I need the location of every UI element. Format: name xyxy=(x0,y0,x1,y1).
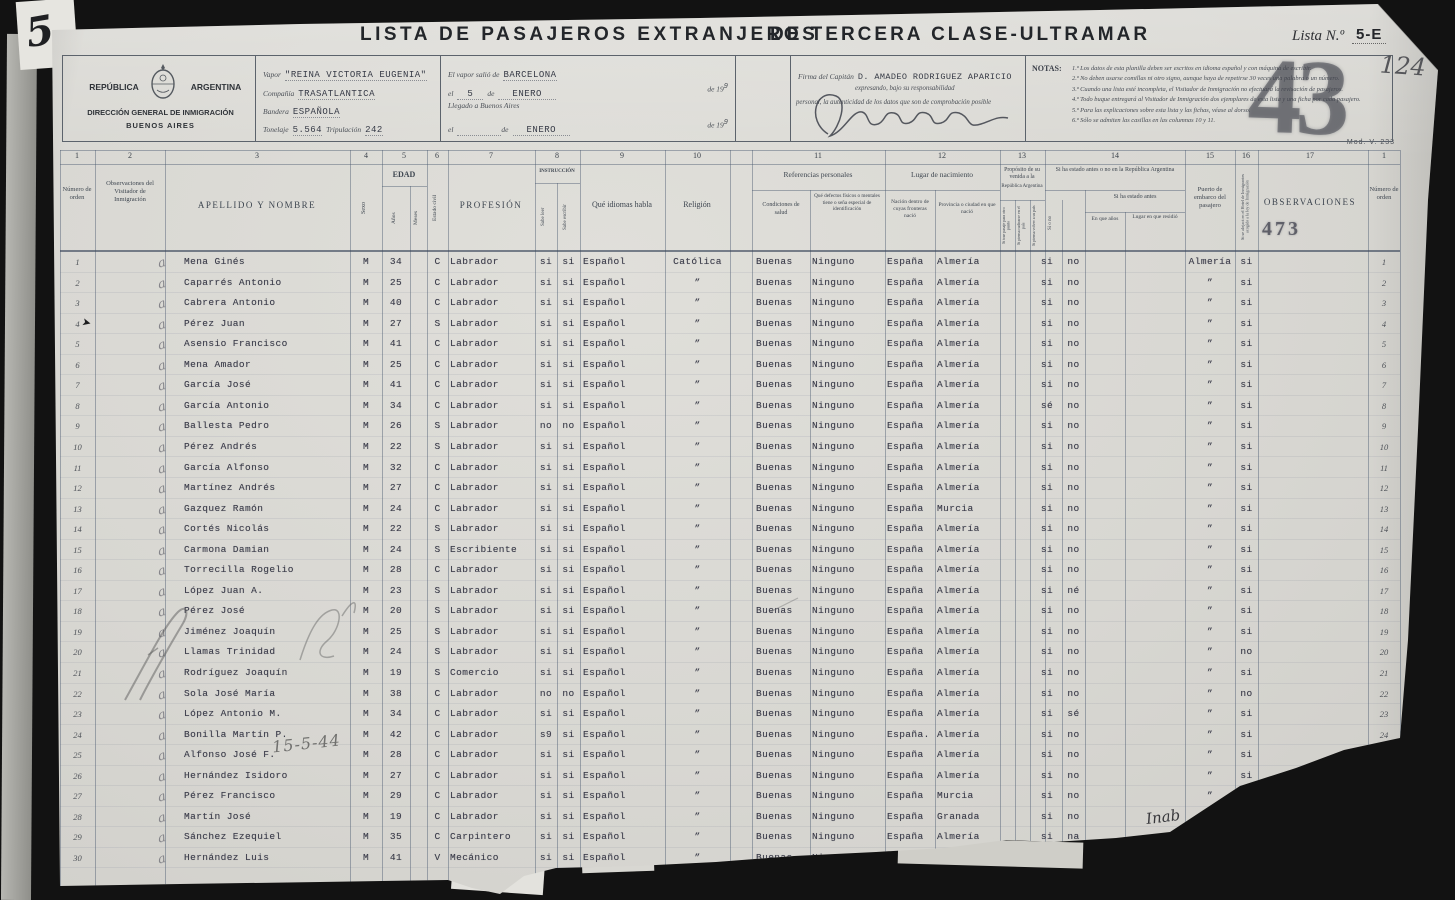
column-number: 3 xyxy=(255,151,259,160)
cell-nac: España xyxy=(887,766,935,787)
cell-leer: si xyxy=(535,375,557,396)
cell-venida: si xyxy=(1032,293,1062,314)
grid-line xyxy=(1085,212,1185,213)
cell-prov: Almería xyxy=(937,252,999,273)
cell-nac: España xyxy=(887,704,935,725)
cell-hotel: si xyxy=(1235,293,1258,314)
dia2-value xyxy=(457,125,501,136)
cell-venida: si xyxy=(1032,663,1062,684)
cell-hotel: si xyxy=(1235,519,1258,540)
cell-name: Hernández Isidoro xyxy=(184,766,349,787)
header-c1: Número de orden xyxy=(60,186,94,202)
cell-salud: Buenas xyxy=(756,766,810,787)
nota-item: 5.ª Para las explicaciones sobre esta li… xyxy=(1072,106,1392,116)
cell-n2: 8 xyxy=(1368,396,1400,417)
cell-venida: si xyxy=(1032,560,1062,581)
cell-puerto: ” xyxy=(1185,745,1235,766)
cell-age: 35 xyxy=(382,827,410,848)
header-c11_group: Referencias personales xyxy=(753,170,883,179)
cell-n2: 12 xyxy=(1368,478,1400,499)
cell-civil: S xyxy=(427,540,448,561)
cell-rel: ” xyxy=(665,642,730,663)
cell-hotel: si xyxy=(1235,848,1258,869)
cell-prof: Labrador xyxy=(450,416,535,437)
cell-nac: España xyxy=(887,560,935,581)
cell-civil: C xyxy=(427,766,448,787)
cell-prof: Labrador xyxy=(450,252,535,273)
cell-esc: si xyxy=(557,540,580,561)
cell-estado: no xyxy=(1062,396,1085,417)
cell-nac: España xyxy=(887,827,935,848)
cell-esc: si xyxy=(557,725,580,746)
cell-rel: ” xyxy=(665,848,730,869)
header-c8b: Sabe escribir xyxy=(563,188,569,246)
header-c6: Estado civil xyxy=(432,170,438,246)
box-divider xyxy=(735,55,736,142)
cell-prof: Labrador xyxy=(450,478,535,499)
cell-def: Ninguno xyxy=(812,601,882,622)
cell-name: Llamas Trinidad xyxy=(184,642,349,663)
cell-leer: si xyxy=(535,396,557,417)
cell-def: Ninguno xyxy=(812,766,882,787)
cell-n2: 19 xyxy=(1368,622,1400,643)
cell-esc: si xyxy=(557,458,580,479)
cell-idioma: Español xyxy=(583,684,663,705)
cell-prov: Almería xyxy=(937,334,999,355)
table-row: 18aPérez JoséM20SLabradorsisiEspañol”Bue… xyxy=(0,601,1455,622)
cell-n: 22 xyxy=(60,684,95,705)
grid-line xyxy=(1000,200,1045,201)
anio-label: de 199 xyxy=(707,83,728,94)
cell-n2: 5 xyxy=(1368,334,1400,355)
cell-estado: no xyxy=(1062,663,1085,684)
cell-puerto: ” xyxy=(1185,334,1235,355)
cell-esc: si xyxy=(557,622,580,643)
cell-hotel: si xyxy=(1235,499,1258,520)
column-number: 11 xyxy=(814,151,822,160)
grid-line xyxy=(752,190,1000,191)
cell-estado: no xyxy=(1062,684,1085,705)
header-c8_group: INSTRUCCIÓN xyxy=(535,169,579,175)
cell-puerto: ” xyxy=(1185,827,1235,848)
cell-age: 25 xyxy=(382,273,410,294)
cell-n2: 18 xyxy=(1368,601,1400,622)
cell-sex: M xyxy=(350,848,382,869)
cell-nac: España xyxy=(887,540,935,561)
cell-sex: M xyxy=(350,786,382,807)
column-number: 16 xyxy=(1242,151,1250,160)
cell-name: Martínez Andrés xyxy=(184,478,349,499)
cell-esc: si xyxy=(557,293,580,314)
cell-idioma: Español xyxy=(583,663,663,684)
cell-n: 15 xyxy=(60,540,95,561)
tonelaje-value: 5.564 xyxy=(293,125,323,136)
cell-venida: si xyxy=(1032,601,1062,622)
cell-age: 26 xyxy=(382,416,410,437)
cell-sex: M xyxy=(350,437,382,458)
grid-line xyxy=(60,164,1400,165)
cell-venida: si xyxy=(1032,704,1062,725)
cell-rel: ” xyxy=(665,416,730,437)
cell-sex: M xyxy=(350,252,382,273)
cell-leer: si xyxy=(535,848,557,869)
cell-leer: si xyxy=(535,499,557,520)
cell-def: Ninguno xyxy=(812,581,882,602)
cell-puerto: ” xyxy=(1185,416,1235,437)
cell-idioma: Español xyxy=(583,314,663,335)
cell-esc: no xyxy=(557,416,580,437)
dia-value: 5 xyxy=(457,89,483,100)
cell-prov: Almería xyxy=(937,725,999,746)
cell-salud: Buenas xyxy=(756,252,810,273)
cell-def: Ninguno xyxy=(812,848,882,869)
cell-sex: M xyxy=(350,684,382,705)
cell-n2: 4 xyxy=(1368,314,1400,335)
cell-n: 19 xyxy=(60,622,95,643)
cell-n2: 29 xyxy=(1368,827,1400,848)
cell-idioma: Español xyxy=(583,252,663,273)
cell-prov: Almería xyxy=(937,581,999,602)
table-row: 26aHernández IsidoroM27CLabradorsisiEspa… xyxy=(0,766,1455,787)
cell-def: Ninguno xyxy=(812,334,882,355)
cell-n: 27 xyxy=(60,786,95,807)
cell-estado: no xyxy=(1062,560,1085,581)
cell-venida: si xyxy=(1032,725,1062,746)
cell-venida: si xyxy=(1032,581,1062,602)
cell-n: 28 xyxy=(60,807,95,828)
cell-estado: no xyxy=(1062,478,1085,499)
cell-n2: 6 xyxy=(1368,355,1400,376)
table-row: 20aLlamas TrinidadM24SLabradorsisiEspaño… xyxy=(0,642,1455,663)
cell-age: 41 xyxy=(382,848,410,869)
cell-n: 23 xyxy=(60,704,95,725)
cell-def: Ninguno xyxy=(812,622,882,643)
cell-rel: ” xyxy=(665,601,730,622)
cell-rel: ” xyxy=(665,725,730,746)
cell-name: López Juan A. xyxy=(184,581,349,602)
table-row: 22aSola José MaríaM38CLabradornonoEspaño… xyxy=(0,684,1455,705)
cell-puerto: ” xyxy=(1185,396,1235,417)
cell-prov: Murcia xyxy=(937,499,999,520)
grid-line xyxy=(382,186,427,187)
cell-name: Asensio Francisco xyxy=(184,334,349,355)
header-c11a: Condiciones de salud xyxy=(756,202,806,217)
cell-civil: C xyxy=(427,293,448,314)
cell-venida: si xyxy=(1032,252,1062,273)
cell-estado: no xyxy=(1062,622,1085,643)
cell-idioma: Español xyxy=(583,437,663,458)
header-c4: Sexo xyxy=(361,170,368,246)
cell-idioma: Español xyxy=(583,519,663,540)
cell-idioma: Español xyxy=(583,416,663,437)
cell-puerto: ” xyxy=(1185,786,1235,807)
cell-prov: Almería xyxy=(937,540,999,561)
cell-estado: no xyxy=(1062,642,1085,663)
cell-venida: si xyxy=(1032,458,1062,479)
cell-name: Hernández Luis xyxy=(184,848,349,869)
cell-hotel: né xyxy=(1235,807,1258,828)
cell-salud: Buenas xyxy=(756,314,810,335)
cell-prov: Almería xyxy=(937,642,999,663)
column-number: 8 xyxy=(555,151,559,160)
cell-civil: S xyxy=(427,642,448,663)
cell-def: Ninguno xyxy=(812,663,882,684)
cell-rel: ” xyxy=(665,314,730,335)
cell-sex: M xyxy=(350,273,382,294)
cell-age: 19 xyxy=(382,807,410,828)
cell-n: 14 xyxy=(60,519,95,540)
cell-idioma: Español xyxy=(583,478,663,499)
el-label: el xyxy=(448,89,453,98)
column-number: 6 xyxy=(435,151,439,160)
cell-leer: si xyxy=(535,437,557,458)
header-c2: Observaciones del Visitador de Inmigraci… xyxy=(99,180,161,204)
cell-esc: si xyxy=(557,581,580,602)
tripulacion-value: 242 xyxy=(365,125,383,136)
cell-age: 27 xyxy=(382,314,410,335)
cell-idioma: Español xyxy=(583,581,663,602)
cell-prov: Almería xyxy=(937,622,999,643)
observaciones-stamp: 473 xyxy=(1262,218,1301,241)
cell-esc: si xyxy=(557,642,580,663)
cell-prof: Labrador xyxy=(450,601,535,622)
table-row: 16aTorrecilla RogelioM28CLabradorsisiEsp… xyxy=(0,560,1455,581)
cell-name: Pérez Juan xyxy=(184,314,349,335)
ship-vapor-row: Vapor "REINA VICTORIA EUGENIA" xyxy=(263,64,427,82)
header-c13a: Si trae pasaje para otro punto xyxy=(1002,203,1011,248)
table-row: 21aRodríguez JoaquínM19SComerciosisiEspa… xyxy=(0,663,1455,684)
vapor-label: Vapor xyxy=(263,70,281,79)
cell-leer: no xyxy=(535,684,557,705)
cell-sex: M xyxy=(350,766,382,787)
bandera-value: ESPAÑOLA xyxy=(293,107,340,118)
cell-def: Ninguno xyxy=(812,478,882,499)
cell-estado: no xyxy=(1062,314,1085,335)
cell-prof: Escribiente xyxy=(450,540,535,561)
cell-nac: España xyxy=(887,293,935,314)
cell-n: 20 xyxy=(60,642,95,663)
cell-hotel: si xyxy=(1235,458,1258,479)
cell-nac: España xyxy=(887,745,935,766)
cell-def: Ninguno xyxy=(812,437,882,458)
cell-hotel: si xyxy=(1235,601,1258,622)
cell-n2: 3 xyxy=(1368,293,1400,314)
cell-puerto: ” xyxy=(1185,293,1235,314)
cell-nac: España xyxy=(887,314,935,335)
cell-rel: ” xyxy=(665,684,730,705)
cell-def: Ninguno xyxy=(812,540,882,561)
cell-salud: Buenas xyxy=(756,807,810,828)
cell-idioma: Español xyxy=(583,766,663,787)
voyage-salida-row: El vapor salió de BARCELONA xyxy=(448,64,557,82)
column-number: 17 xyxy=(1306,151,1314,160)
cell-estado: no xyxy=(1062,601,1085,622)
table-row: 24aBonilla Martín P.M42CLabradors9siEspa… xyxy=(0,725,1455,746)
cell-age: 25 xyxy=(382,355,410,376)
column-number: 14 xyxy=(1111,151,1119,160)
tripulacion-label: Tripulación xyxy=(326,125,361,134)
cell-puerto: ” xyxy=(1185,622,1235,643)
cell-venida: si xyxy=(1032,355,1062,376)
cell-prov: Almería xyxy=(937,314,999,335)
cell-leer: si xyxy=(535,478,557,499)
cell-sex: M xyxy=(350,601,382,622)
cell-venida: si xyxy=(1032,478,1062,499)
cell-puerto: ” xyxy=(1185,355,1235,376)
cell-n: 2 xyxy=(60,273,95,294)
de-label: de xyxy=(487,89,494,98)
cell-n: 21 xyxy=(60,663,95,684)
cell-prof: Labrador xyxy=(450,704,535,725)
cell-salud: Buenas xyxy=(756,848,810,869)
cell-name: Sola José María xyxy=(184,684,349,705)
cell-n2: 30 xyxy=(1368,848,1400,869)
captain-name: D. AMADEO RODRIGUEZ APARICIO xyxy=(858,72,1012,82)
cell-puerto: ” xyxy=(1185,519,1235,540)
cell-idioma: Español xyxy=(583,458,663,479)
cell-rel: ” xyxy=(665,560,730,581)
ship-tonelaje-row: Tonelaje 5.564 Tripulación 242 xyxy=(263,119,383,137)
cell-venida: si xyxy=(1032,745,1062,766)
header-c12b: Provincia o ciudad en que nació xyxy=(938,202,996,216)
header-c14b: Si ha estado antes xyxy=(1085,194,1185,202)
cell-venida: si xyxy=(1032,437,1062,458)
cell-hotel: si xyxy=(1235,786,1258,807)
table-row: 27aPérez FranciscoM29CLabradorsisiEspaño… xyxy=(0,786,1455,807)
cell-salud: Buenas xyxy=(756,663,810,684)
cell-def: Ninguno xyxy=(812,725,882,746)
cell-hotel: si xyxy=(1235,314,1258,335)
grid-line xyxy=(1045,190,1185,191)
cell-name: Gazquez Ramón xyxy=(184,499,349,520)
cell-esc: si xyxy=(557,601,580,622)
cell-sex: M xyxy=(350,581,382,602)
cell-prov: Almería xyxy=(937,416,999,437)
cell-hotel: si xyxy=(1235,704,1258,725)
cell-nac: España xyxy=(887,396,935,417)
cell-salud: Buenas xyxy=(756,684,810,705)
cell-n: 17 xyxy=(60,581,95,602)
cell-venida: si xyxy=(1032,334,1062,355)
firma-label: Firma del Capitán xyxy=(798,72,854,81)
cell-leer: si xyxy=(535,314,557,335)
cell-idioma: Español xyxy=(583,334,663,355)
cell-puerto: ” xyxy=(1185,684,1235,705)
cell-n: 1 xyxy=(60,252,95,273)
cell-sex: M xyxy=(350,396,382,417)
cell-sex: M xyxy=(350,519,382,540)
cell-rel: ” xyxy=(665,766,730,787)
tonelaje-label: Tonelaje xyxy=(263,125,289,134)
cell-estado: no xyxy=(1062,293,1085,314)
cell-prof: Labrador xyxy=(450,560,535,581)
cell-hotel: si xyxy=(1235,396,1258,417)
header-c14_group: Si ha estado antes o no en la República … xyxy=(1048,167,1182,175)
cell-def: Ninguno xyxy=(812,786,882,807)
cell-prov: Almería xyxy=(937,293,999,314)
cell-salud: Buenas xyxy=(756,622,810,643)
cell-estado: no xyxy=(1062,437,1085,458)
cell-venida: si xyxy=(1032,684,1062,705)
cell-prof: Labrador xyxy=(450,622,535,643)
table-row: 23aLópez Antonio M.M34CLabradorsisiEspañ… xyxy=(0,704,1455,725)
cell-civil: S xyxy=(427,622,448,643)
cell-civil: C xyxy=(427,807,448,828)
cell-age: 22 xyxy=(382,519,410,540)
cell-esc: si xyxy=(557,848,580,869)
lista-number-value: 5-E xyxy=(1352,26,1386,44)
cell-n: 30 xyxy=(60,848,95,869)
cell-esc: si xyxy=(557,663,580,684)
box-divider xyxy=(440,55,441,142)
cell-hotel: si xyxy=(1235,766,1258,787)
header-c13b: Si piensa radicarse en el país xyxy=(1017,203,1026,248)
cell-def: Ninguno xyxy=(812,396,882,417)
cell-n2: 15 xyxy=(1368,540,1400,561)
table-row: 28aMartín JoséM19CLabradorsisiEspañol”Bu… xyxy=(0,807,1455,828)
cell-nac: España xyxy=(887,375,935,396)
cell-leer: si xyxy=(535,273,557,294)
page-title: LISTA DE PASAJEROS EXTRANJEROS xyxy=(360,24,818,46)
cell-age: 20 xyxy=(382,601,410,622)
cell-idioma: Español xyxy=(583,396,663,417)
cell-hotel: si xyxy=(1235,663,1258,684)
cell-def: Ninguno xyxy=(812,314,882,335)
header-c3: APELLIDO Y NOMBRE xyxy=(167,200,347,211)
cell-salud: Buenas xyxy=(756,704,810,725)
cell-idioma: Español xyxy=(583,540,663,561)
cell-leer: si xyxy=(535,560,557,581)
cell-name: Pérez Andrés xyxy=(184,437,349,458)
cell-prov: Almería xyxy=(937,663,999,684)
cell-civil: C xyxy=(427,458,448,479)
cell-rel: ” xyxy=(665,273,730,294)
cell-rel: ” xyxy=(665,293,730,314)
cell-civil: S xyxy=(427,519,448,540)
cell-n2: 22 xyxy=(1368,684,1400,705)
cell-rel: ” xyxy=(665,519,730,540)
column-number: 15 xyxy=(1206,151,1214,160)
el2-label: el xyxy=(448,125,453,134)
header-c11b: Qué defectos físicos o mentales tiene o … xyxy=(812,193,882,213)
cell-n2: 24 xyxy=(1368,725,1400,746)
cell-age: 24 xyxy=(382,642,410,663)
cell-idioma: Español xyxy=(583,355,663,376)
cell-prov: Almería xyxy=(937,478,999,499)
cell-idioma: Español xyxy=(583,499,663,520)
cell-hotel: si xyxy=(1235,375,1258,396)
cell-prof: Labrador xyxy=(450,807,535,828)
cell-civil: C xyxy=(427,396,448,417)
header-c8a: Sabe leer xyxy=(541,188,547,246)
cell-civil: C xyxy=(427,560,448,581)
cell-estado: no xyxy=(1062,540,1085,561)
cell-def: Ninguno xyxy=(812,684,882,705)
cell-name: Caparrés Antonio xyxy=(184,273,349,294)
cell-nac: España xyxy=(887,355,935,376)
cell-civil: C xyxy=(427,684,448,705)
cell-esc: si xyxy=(557,745,580,766)
cell-def: Ninguno xyxy=(812,704,882,725)
cell-def: Ninguno xyxy=(812,375,882,396)
cell-name: Sánchez Ezequiel xyxy=(184,827,349,848)
cell-rel: ” xyxy=(665,581,730,602)
cell-def: Ninguno xyxy=(812,519,882,540)
org-ciudad: BUENOS AIRES xyxy=(78,121,243,130)
cell-prof: Labrador xyxy=(450,375,535,396)
cell-age: 34 xyxy=(382,396,410,417)
cell-prov: Almería xyxy=(937,745,999,766)
